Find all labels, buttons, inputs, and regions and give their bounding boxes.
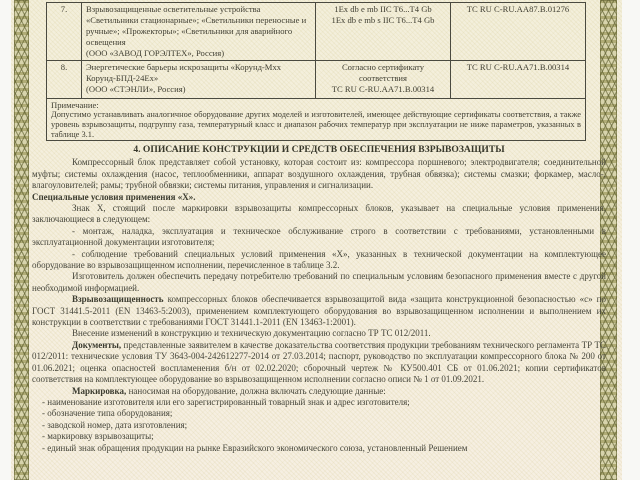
marking-list-item: - единый знак обращения продукции на рын… xyxy=(32,443,606,454)
guilloche-border-left xyxy=(14,0,29,480)
ex-marking-line: ТС RU C-RU.АА71.В.00314 xyxy=(320,84,446,95)
marking-list-item: - маркировку взрывозащиты; xyxy=(32,431,606,442)
paragraph: Компрессорный блок представляет собой ус… xyxy=(32,157,606,191)
paragraph: Маркировка, наносимая на оборудование, д… xyxy=(32,386,606,397)
equipment-description: Энергетические барьеры искрозащиты «Кору… xyxy=(86,62,281,83)
equipment-description-cell: Взрывозащищенные осветительные устройств… xyxy=(82,3,316,61)
scanned-certificate-page: { "colors": { "paper": "#f4efdd", "guill… xyxy=(0,0,640,480)
paragraph: Документы, представленные заявителем в к… xyxy=(32,340,606,386)
note-label: Примечание: xyxy=(51,100,581,110)
paragraph: Внесение изменений в конструкцию и техни… xyxy=(32,328,606,339)
paragraph-text: - соблюдение требований специальных усло… xyxy=(32,249,606,270)
marking-list-item: - обозначение типа оборудования; xyxy=(32,408,606,419)
paragraph-text: - обозначение типа оборудования; xyxy=(42,408,172,418)
ex-marking-line: Согласно сертификату соответствия xyxy=(320,62,446,84)
paragraph-lead: Специальные условия применения «Х». xyxy=(32,192,196,202)
row-number-cell: 7. xyxy=(47,3,82,61)
note-row: Примечание: Допустимо устанавливать анал… xyxy=(47,99,586,141)
equipment-table: 7. Взрывозащищенные осветительные устрой… xyxy=(46,2,586,141)
note-cell: Примечание: Допустимо устанавливать анал… xyxy=(47,99,586,141)
paragraph-lead: Взрывозащищенность xyxy=(72,294,164,304)
certificate-content: 7. Взрывозащищенные осветительные устрой… xyxy=(32,2,606,454)
paragraph-text: - заводской номер, дата изготовления; xyxy=(42,420,187,430)
paragraph-text: - маркировку взрывозащиты; xyxy=(42,431,154,441)
paragraph-lead: Документы, xyxy=(72,340,121,350)
manufacturer: (ООО «ЗАВОД ГОРЭЛТЕХ», Россия) xyxy=(86,48,311,59)
note-text: Допустимо устанавливать аналогичное обор… xyxy=(51,110,581,139)
certificate-number-cell: ТС RU C-RU.АА71.В.00314 xyxy=(451,61,586,99)
paragraph: Изготовитель должен обеспечить передачу … xyxy=(32,271,606,294)
marking-list-item: - наименование изготовителя или его заре… xyxy=(32,397,606,408)
paragraph-text: - единый знак обращения продукции на рын… xyxy=(42,443,467,453)
manufacturer: (ООО «СТЭНЛИ», Россия) xyxy=(86,84,311,95)
paragraph-text: - монтаж, наладка, эксплуатация и технич… xyxy=(32,226,606,247)
paragraph-lead: Маркировка, xyxy=(72,386,126,396)
ex-marking-cell: 1Ex db e mb IIC T6...T4 Gb 1Ex db e mb s… xyxy=(316,3,451,61)
section-heading: 4. ОПИСАНИЕ КОНСТРУКЦИИ И СРЕДСТВ ОБЕСПЕ… xyxy=(32,144,606,156)
paragraph: - соблюдение требований специальных усло… xyxy=(32,249,606,272)
paragraph: - монтаж, наладка, эксплуатация и технич… xyxy=(32,226,606,249)
equipment-description: Взрывозащищенные осветительные устройств… xyxy=(86,4,306,47)
paragraph: Специальные условия применения «Х». xyxy=(32,192,606,203)
paragraph-text: - наименование изготовителя или его заре… xyxy=(42,397,410,407)
paragraph: Взрывозащищенность компрессорных блоков … xyxy=(32,294,606,328)
table-row: 7. Взрывозащищенные осветительные устрой… xyxy=(47,3,586,61)
paragraph-text: Компрессорный блок представляет собой ус… xyxy=(32,157,606,190)
paragraph-text: Внесение изменений в конструкцию и техни… xyxy=(72,328,431,338)
paragraph-text: Изготовитель должен обеспечить передачу … xyxy=(32,271,606,292)
paragraph-text: наносимая на оборудование, должна включа… xyxy=(126,386,385,396)
equipment-description-cell: Энергетические барьеры искрозащиты «Кору… xyxy=(82,61,316,99)
certificate-number-cell: ТС RU C-RU.АА87.В.01276 xyxy=(451,3,586,61)
ex-marking-line: 1Ex db e mb IIC T6...T4 Gb xyxy=(320,4,446,15)
paragraph-text: Знак Х, стоящий после маркировки взрывоз… xyxy=(32,203,606,224)
row-number-cell: 8. xyxy=(47,61,82,99)
paragraph: Знак Х, стоящий после маркировки взрывоз… xyxy=(32,203,606,226)
ex-marking-line: 1Ex db e mb s IIC T6...T4 Gb xyxy=(320,15,446,26)
marking-list-item: - заводской номер, дата изготовления; xyxy=(32,420,606,431)
table-row: 8. Энергетические барьеры искрозащиты «К… xyxy=(47,61,586,99)
ex-marking-cell: Согласно сертификату соответствия ТС RU … xyxy=(316,61,451,99)
